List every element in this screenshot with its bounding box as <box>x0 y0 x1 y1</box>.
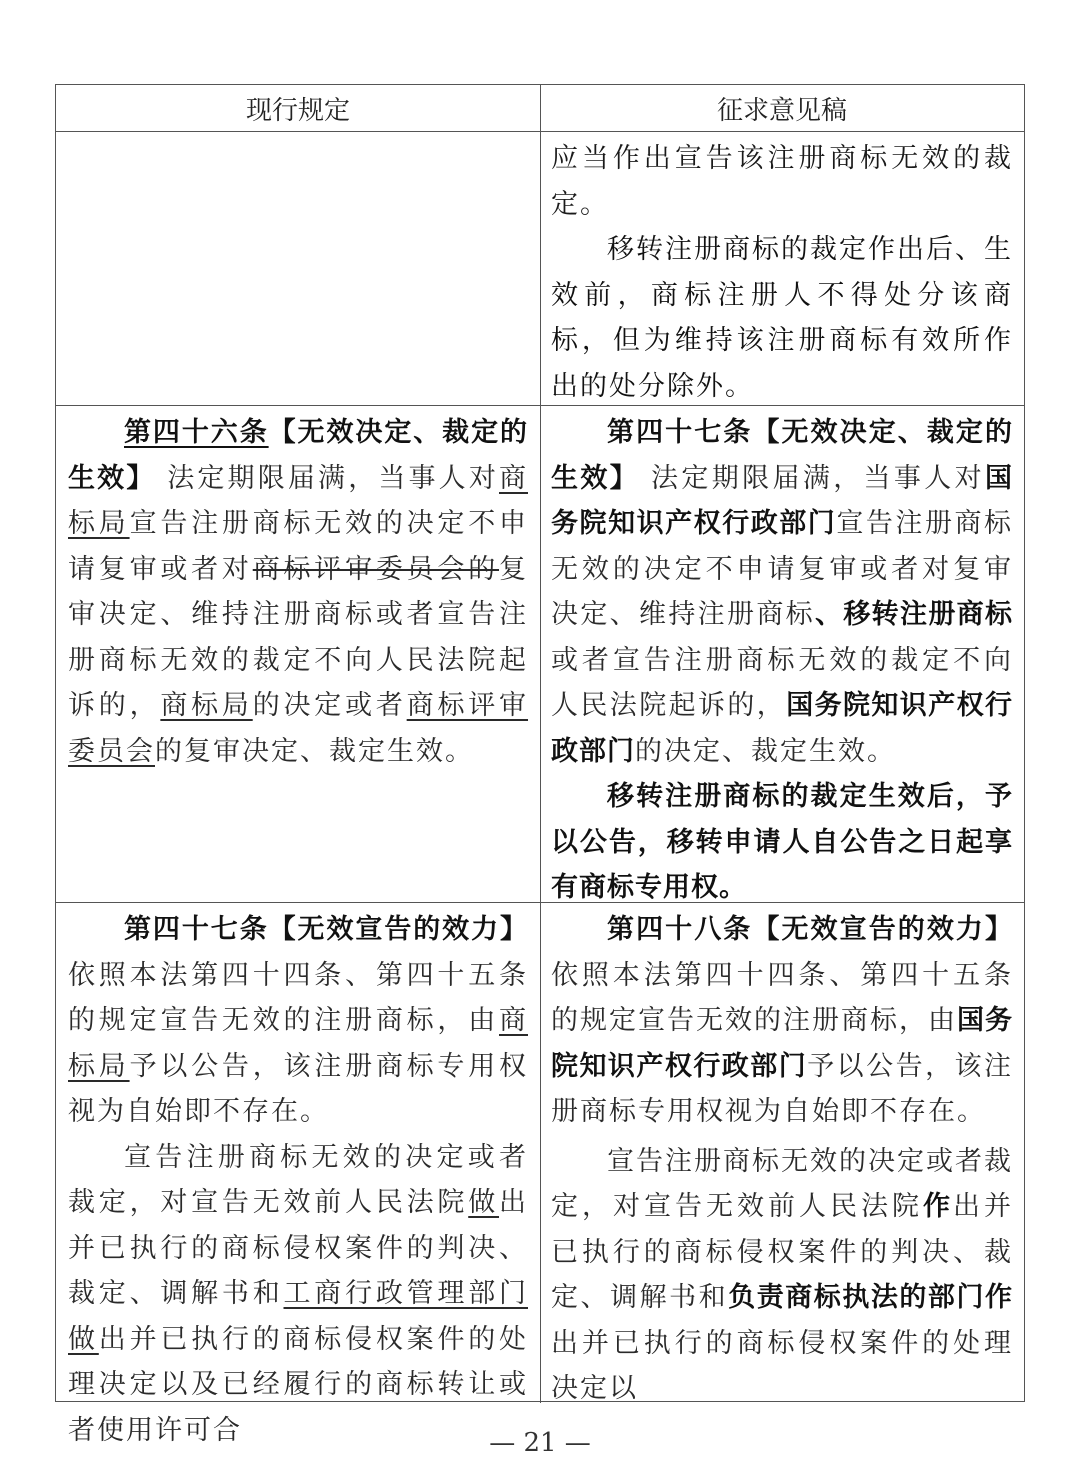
text: 的复审决定、裁定生效。 <box>155 736 474 767</box>
article-title: 【无效宣告的效力】 <box>752 914 1013 945</box>
article-paragraph: 第四十七条【无效决定、裁定的生效】 法定期限届满，当事人对国务院知识产权行政部门… <box>551 410 1013 774</box>
article-number: 第四十七条 <box>607 417 752 448</box>
text: 依照本法第四十四条、第四十五条的规定宣告无效的注册商标，由 <box>68 960 528 1037</box>
draft-cell: 第四十八条【无效宣告的效力】 依照本法第四十四条、第四十五条的规定宣告无效的注册… <box>541 903 1023 1403</box>
current-cell-empty <box>56 132 541 405</box>
article-paragraph: 第四十八条【无效宣告的效力】 依照本法第四十四条、第四十五条的规定宣告无效的注册… <box>551 907 1013 1135</box>
comparison-table: 现行规定 征求意见稿 应当作出宣告该注册商标无效的裁定。 移转注册商标的裁定作出… <box>55 84 1025 1402</box>
article-paragraph: 第四十六条【无效决定、裁定的生效】 法定期限届满，当事人对商标局宣告注册商标无效… <box>68 410 528 774</box>
bold-text: 、移转注册商标 <box>815 599 1013 630</box>
table-header-row: 现行规定 征求意见稿 <box>56 85 1024 132</box>
article-title: 【无效宣告的效力】 <box>269 914 528 945</box>
draft-cell: 第四十七条【无效决定、裁定的生效】 法定期限届满，当事人对国务院知识产权行政部门… <box>541 406 1023 902</box>
text: 依照本法第四十四条、第四十五条的规定宣告无效的注册商标，由 <box>551 960 1013 1037</box>
draft-paragraph: 移转注册商标的裁定作出后、生效前，商标注册人不得处分该商标，但为维持该注册商标有… <box>551 227 1013 409</box>
text: 宣告注册商标无效的决定或者裁定，对宣告无效前人民法院 <box>68 1142 528 1219</box>
article-number: 第四十七条 <box>124 914 269 945</box>
text: 法定期限届满，当事人对 <box>155 463 499 494</box>
article-number: 第四十八条 <box>607 914 752 945</box>
underlined-text: 做 <box>468 1187 499 1218</box>
text: 的决定或者 <box>253 690 407 721</box>
table-row: 第四十六条【无效决定、裁定的生效】 法定期限届满，当事人对商标局宣告注册商标无效… <box>56 406 1024 903</box>
text: 出并已执行的商标侵权案件的处理决定以 <box>551 1328 1013 1405</box>
struck-text: 商标评审委员会的 <box>253 554 499 585</box>
header-draft-for-comment: 征求意见稿 <box>541 85 1023 131</box>
text: 的决定、裁定生效。 <box>635 736 896 767</box>
table-row: 第四十七条【无效宣告的效力】 依照本法第四十四条、第四十五条的规定宣告无效的注册… <box>56 903 1024 1403</box>
bold-text: 作 <box>923 1191 953 1222</box>
header-current-provisions: 现行规定 <box>56 85 541 131</box>
page-number: — 21 — <box>0 1428 1080 1458</box>
article-number: 第四十六条 <box>124 417 269 448</box>
draft-paragraph: 应当作出宣告该注册商标无效的裁定。 <box>551 136 1013 227</box>
current-cell: 第四十七条【无效宣告的效力】 依照本法第四十四条、第四十五条的规定宣告无效的注册… <box>56 903 541 1403</box>
table-row: 应当作出宣告该注册商标无效的裁定。 移转注册商标的裁定作出后、生效前，商标注册人… <box>56 132 1024 406</box>
current-cell: 第四十六条【无效决定、裁定的生效】 法定期限届满，当事人对商标局宣告注册商标无效… <box>56 406 541 902</box>
text: 法定期限届满，当事人对 <box>639 463 985 494</box>
article-paragraph: 第四十七条【无效宣告的效力】 依照本法第四十四条、第四十五条的规定宣告无效的注册… <box>68 907 528 1135</box>
article-paragraph: 宣告注册商标无效的决定或者裁定，对宣告无效前人民法院作出并已执行的商标侵权案件的… <box>551 1139 1013 1412</box>
bold-text: 负责商标执法的部门作 <box>728 1282 1013 1313</box>
underlined-text: 商标局 <box>160 690 252 721</box>
article-paragraph: 宣告注册商标无效的决定或者裁定，对宣告无效前人民法院做出并已执行的商标侵权案件的… <box>68 1135 528 1454</box>
text: 予以公告，该注册商标专用权视为自始即不存在。 <box>68 1051 528 1128</box>
draft-cell: 应当作出宣告该注册商标无效的裁定。 移转注册商标的裁定作出后、生效前，商标注册人… <box>541 132 1023 405</box>
draft-paragraph: 移转注册商标的裁定生效后，予以公告，移转申请人自公告之日起享有商标专用权。 <box>551 774 1013 911</box>
